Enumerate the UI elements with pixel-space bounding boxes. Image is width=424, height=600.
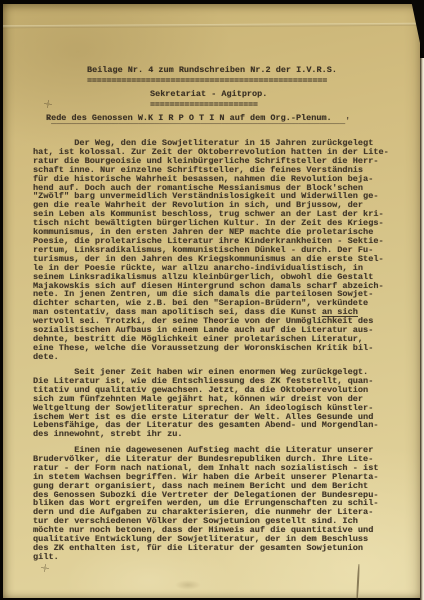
speech-title-rule: '_______________________________________… (46, 117, 350, 126)
paragraph-1-text-continued: wertvoll sei. Trotzki, der seine Theorie… (33, 316, 373, 362)
pencil-mark (43, 99, 52, 108)
supplement-header: Beilage Nr. 4 zum Rundschreiben Nr.2 der… (87, 66, 337, 75)
department-header-rule: ====================== (150, 102, 258, 109)
department-header: Sekretariat - Agitprop. (150, 90, 267, 99)
supplement-header-rule: ========================================… (87, 78, 327, 85)
paper-stain (175, 580, 201, 590)
paragraph-2: Seit jener Zeit haben wir einen enormen … (33, 368, 379, 439)
paragraph-1: Der Weg, den die Sowjetliteratur in 15 J… (33, 139, 389, 362)
paragraph-3: Einen nie dagewesenen Aufstieg macht die… (33, 446, 379, 562)
pencil-mark (40, 563, 49, 572)
paper-right-edge (420, 58, 424, 600)
document-photo: Beilage Nr. 4 zum Rundschreiben Nr.2 der… (0, 0, 424, 600)
paragraph-1-text: Der Weg, den die Sowjetliteratur in 15 J… (33, 138, 389, 317)
